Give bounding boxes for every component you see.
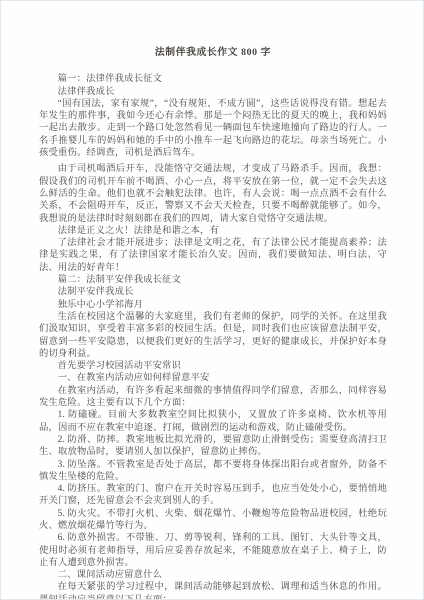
list-item-3: 3. 防坠落。不管教室是否处于高层，都不要将身体探出阳台或者窗外，防备不慎发生坠… [39,459,387,484]
list-item-4: 4. 防挤压。教室的门、窗户在开关时容易压到手，也应当处处小心，要悄悄地开关门窗… [39,483,387,508]
document-title: 法制伴我成长作文 800 字 [39,47,387,59]
document-canvas: 法制伴我成长作文 800 字 篇一：法律伴我成长征文 法律伴我成长 “国有国法，… [0,0,424,600]
paragraph: 了法律社会才能开展进步；法律是文明之花，有了法律公民才能提高素养；法律是实践之果… [39,237,387,274]
paragraph: 在教室内活动，有许多看起来细微的事情值得同学们留意，否那么，同样容易发生危险。这… [39,385,387,410]
paragraph: “国有国法，家有家规”，“没有规矩，不成方圆”，这些话说得没有错。想起去年发生的… [39,98,387,159]
list-item-2: 2. 防滑、防摔。教室地板比拟光滑的，要留意防止滑倒受伤；需要登高清扫卫生、取放… [39,434,387,459]
list-item-5: 5. 防火灾。不带打火机、火柴、烟花爆竹、小鞭炮等危险物品进校园，杜绝玩火、燃放… [39,508,387,533]
section1-heading: 篇一：法律伴我成长征文 [39,73,387,85]
author-line: 独乐中心小学祁海月 [39,299,387,311]
section2-heading: 篇二：法制平安伴我成长征文 [39,274,387,286]
section2-subheading: 法制平安伴我成长 [39,286,387,298]
list-item-1: 1. 防磕碰。目前大多数教室空间比拟狭小，又置放了许多桌椅、饮水机等用品，因而不… [39,409,387,434]
section1-subheading: 法律伴我成长 [39,86,387,98]
list-section-heading: 一、在教室内活动应如何样留意平安 [39,372,387,384]
document-page: 法制伴我成长作文 800 字 篇一：法律伴我成长征文 法律伴我成长 “国有国法，… [1,1,423,599]
list-section-heading: 二、课间活动应留意什么 [39,569,387,581]
paragraph: 由于司机喝酒后开车，没能恪守交通法规，才变成了马路杀手。因而，我想：假设我们的司… [39,163,387,224]
paragraph: 首先要学习校园活动平安常识 [39,360,387,372]
paragraph: 生活在校园这个温馨的大家庭里，我们有老师的保护，同学的关怀。在这里我们汲取知识，… [39,311,387,360]
paragraph: 法律是正义之火！法律是和谐之本，有 [39,225,387,237]
list-item-6: 6. 防意外损害。不带锥、刀、剪等锐利、锋利的工具、图钉、大头针等文具，使用时必… [39,532,387,569]
paragraph: 在每天紧张的学习过程中，课间活动能够起到放松、调理和适当休息的作用。课间活动应当… [39,581,387,600]
